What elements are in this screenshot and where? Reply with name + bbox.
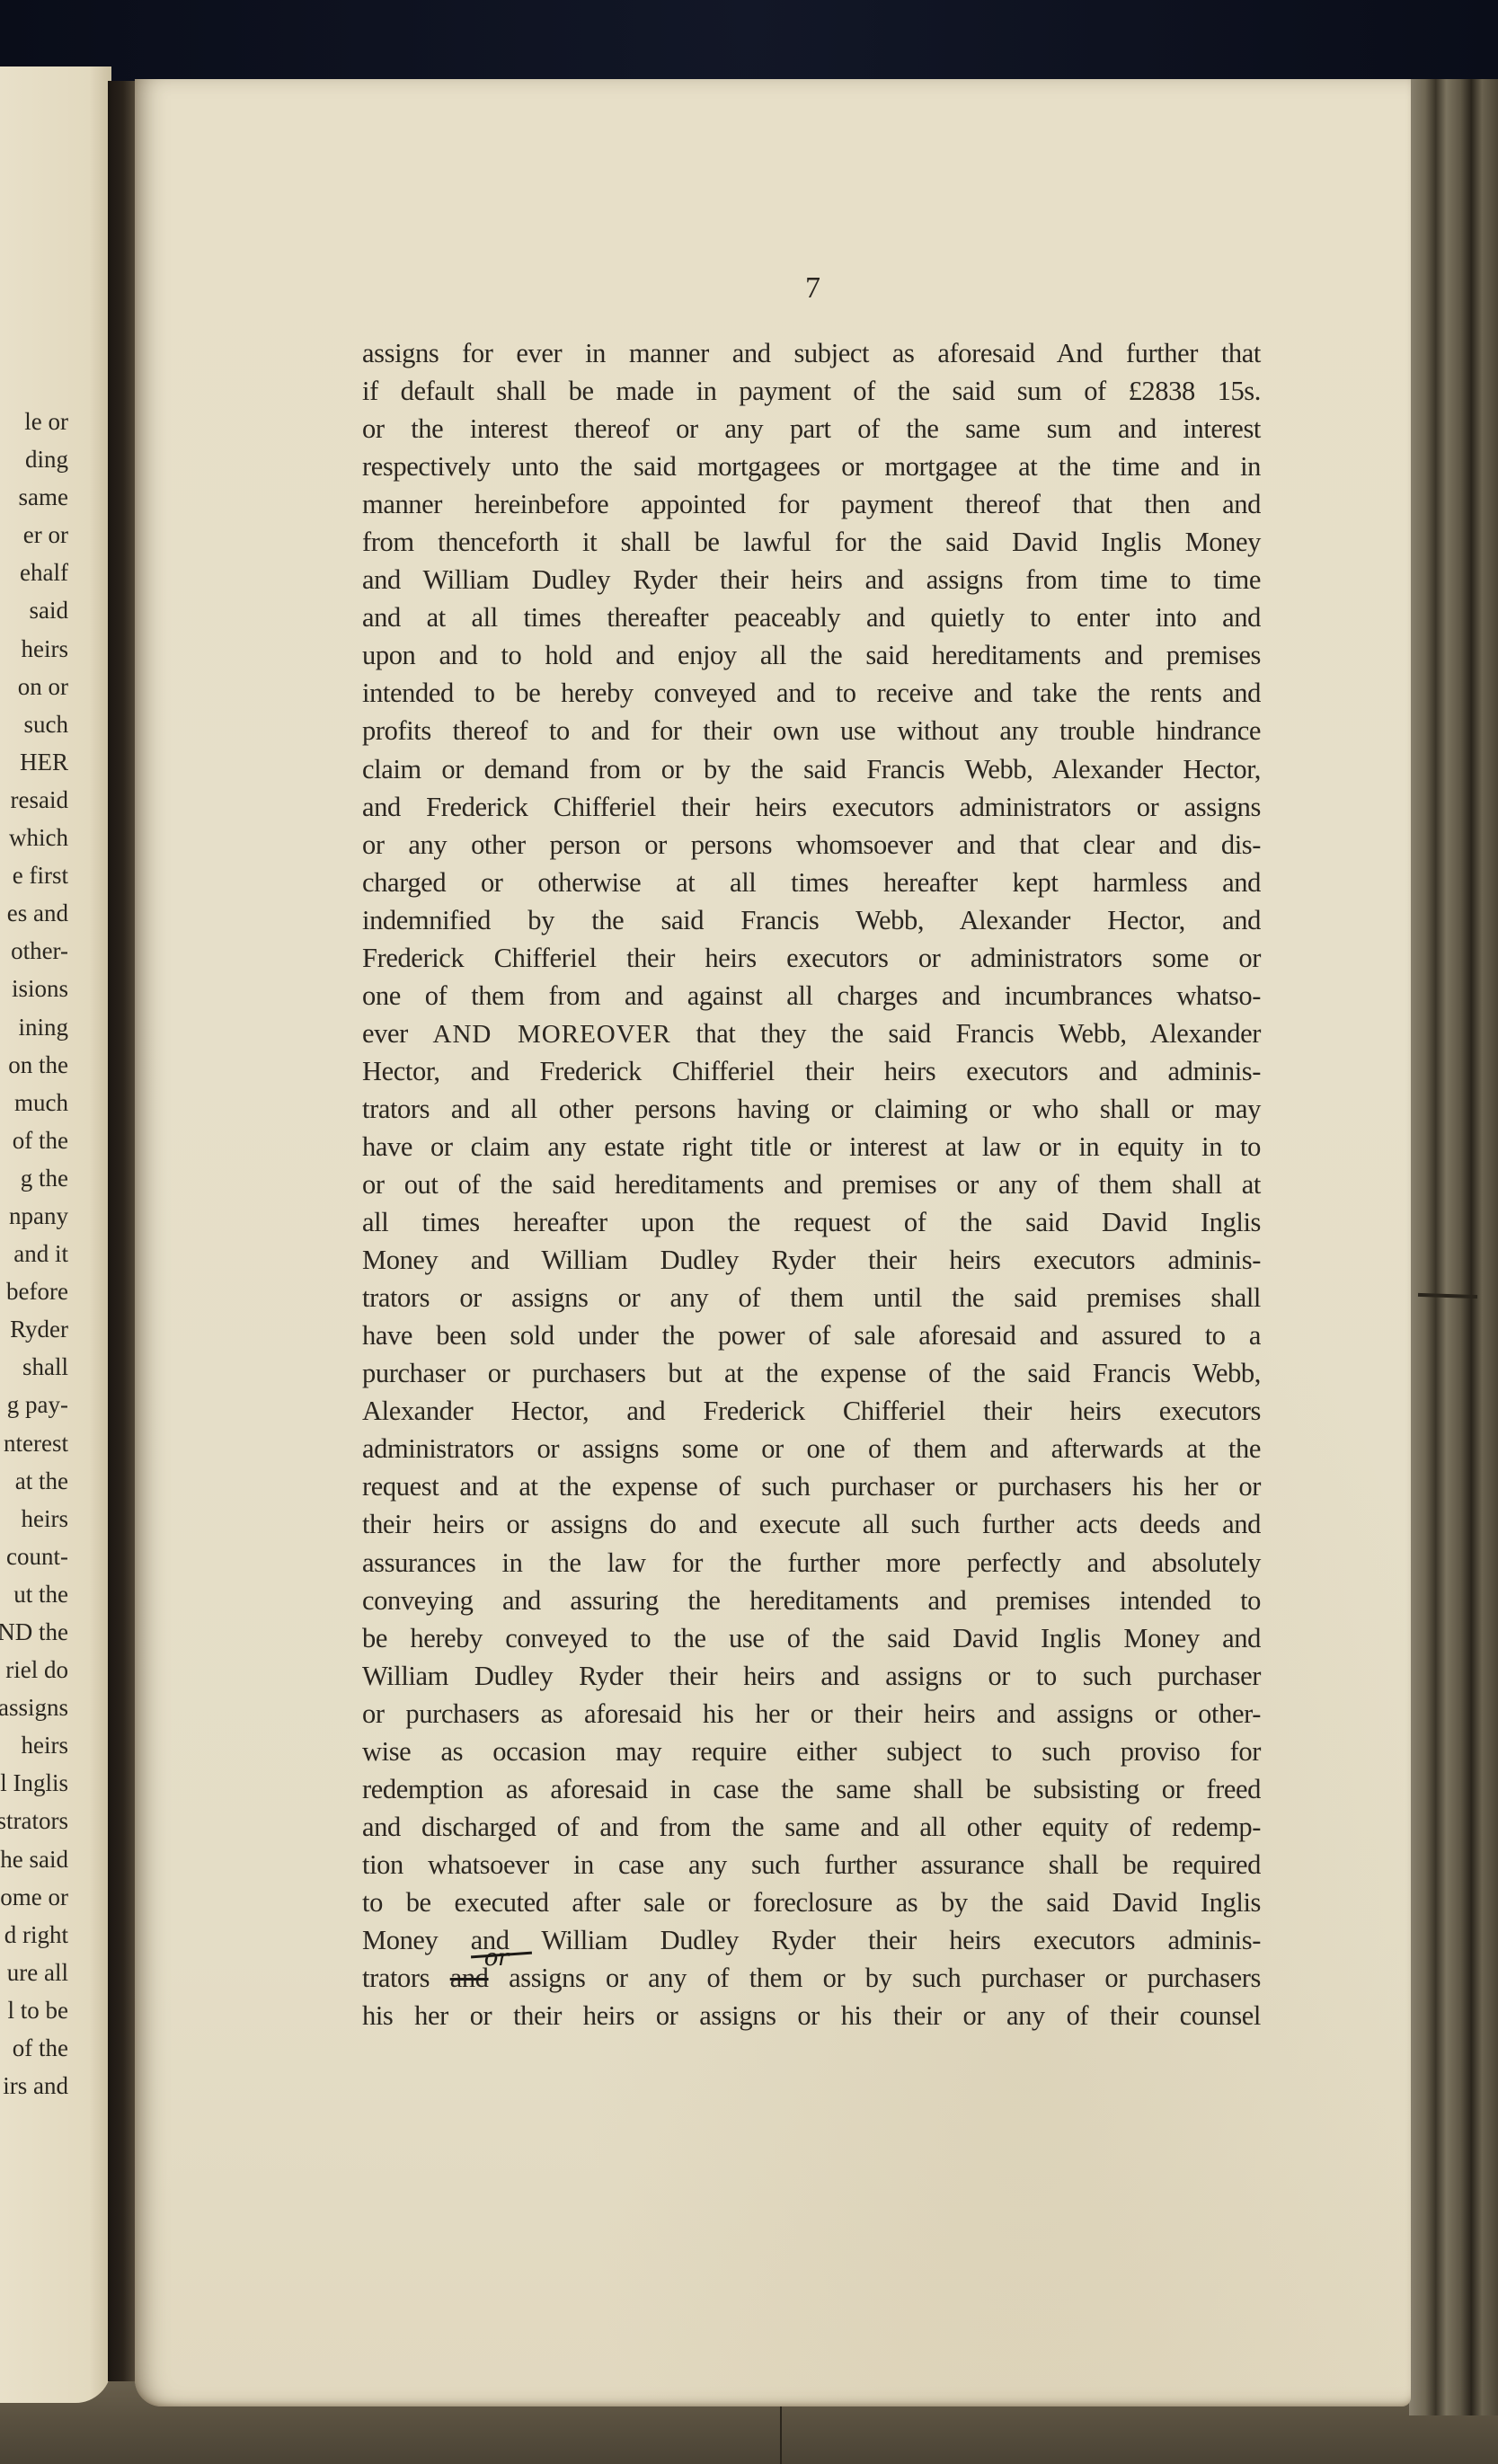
text-line: one of them from and against all charges… <box>362 977 1261 1015</box>
left-page-fragment: npany <box>0 1197 68 1235</box>
left-page-fragment: Ryder <box>0 1310 68 1348</box>
text-line: be hereby conveyed to the use of the sai… <box>362 1619 1261 1657</box>
left-page-fragment: count- <box>0 1538 68 1575</box>
left-page-fragment: riel do <box>0 1651 68 1688</box>
left-page-fragment: resaid <box>0 781 68 819</box>
left-page-fragment: much <box>0 1084 68 1121</box>
left-page-fragment: g pay- <box>0 1386 68 1423</box>
left-page-fragment: heirs <box>0 1500 68 1538</box>
text-line: tion whatsoever in case any such further… <box>362 1846 1261 1883</box>
text-line: profits thereof to and for their own use… <box>362 712 1261 749</box>
page-tear <box>1418 1293 1477 1298</box>
left-page-fragment: ome or <box>0 1878 68 1916</box>
text-line: or purchasers as aforesaid his her or th… <box>362 1695 1261 1733</box>
text-line: assurances in the law for the further mo… <box>362 1544 1261 1582</box>
text-line: manner hereinbefore appointed for paymen… <box>362 485 1261 523</box>
left-page-fragment: irs and <box>0 2067 68 2105</box>
left-page-fragment: HER <box>0 743 68 781</box>
page-number: 7 <box>805 271 820 306</box>
text-line: Frederick Chifferiel their heirs executo… <box>362 939 1261 977</box>
left-page-fragment: d right <box>0 1916 68 1954</box>
left-page-fragment: ure all <box>0 1954 68 1991</box>
text-line: intended to be hereby conveyed and to re… <box>362 674 1261 712</box>
left-page-fragment: le or <box>0 403 68 440</box>
struck-word: and <box>450 1963 489 1993</box>
handwritten-correction: andor <box>450 1959 489 1997</box>
text-line: have or claim any estate right title or … <box>362 1128 1261 1166</box>
left-page-fragment: which <box>0 819 68 856</box>
left-page-fragment: isions <box>0 970 68 1007</box>
text-segment: assigns or any of them or by such purcha… <box>489 1963 1261 1993</box>
left-page-fragment: assigns <box>0 1688 68 1726</box>
text-line: assigns for ever in manner and subject a… <box>362 334 1261 372</box>
text-line: and William Dudley Ryder their heirs and… <box>362 561 1261 598</box>
left-page-fragment: nterest <box>0 1424 68 1462</box>
text-line: and discharged of and from the same and … <box>362 1808 1261 1846</box>
text-segment: that they the said Francis Webb, Alexand… <box>671 1018 1261 1049</box>
handwritten-insertion: or <box>484 1939 509 1977</box>
left-page-fragment: on or <box>0 668 68 705</box>
left-page-fragment: before <box>0 1272 68 1310</box>
text-line: from thenceforth it shall be lawful for … <box>362 523 1261 561</box>
left-page-fragment: on the <box>0 1046 68 1084</box>
text-line: and at all times thereafter peaceably an… <box>362 598 1261 636</box>
text-line: his her or their heirs or assigns or his… <box>362 1997 1261 2034</box>
small-caps-heading: AND MOREOVER <box>433 1020 671 1049</box>
text-line: Money and William Dudley Ryder their hei… <box>362 1241 1261 1279</box>
left-page: le ordingsameer orehalfsaidheirson orsuc… <box>0 66 111 2403</box>
left-page-fragment: e first <box>0 856 68 894</box>
text-line: conveying and assuring the hereditaments… <box>362 1582 1261 1619</box>
left-page-fragment: strators <box>0 1802 68 1839</box>
left-page-fragment: heirs <box>0 1726 68 1764</box>
text-segment: trators <box>362 1963 450 1993</box>
left-page-fragment: said <box>0 591 68 629</box>
text-line: their heirs or assigns do and execute al… <box>362 1505 1261 1543</box>
text-line: Hector, and Frederick Chifferiel their h… <box>362 1052 1261 1090</box>
text-line: trators or assigns or any of them until … <box>362 1279 1261 1316</box>
document-body-text: assigns for ever in manner and subject a… <box>362 334 1261 2034</box>
text-line: wise as occasion may require either subj… <box>362 1733 1261 1770</box>
text-line: charged or otherwise at all times hereaf… <box>362 864 1261 901</box>
left-page-fragment: l to be <box>0 1991 68 2029</box>
text-line: trators and all other persons having or … <box>362 1090 1261 1128</box>
left-page-fragment: of the <box>0 1121 68 1159</box>
text-line: William Dudley Ryder their heirs and ass… <box>362 1657 1261 1695</box>
left-page-fragment: heirs <box>0 630 68 668</box>
left-page-fragment: ehalf <box>0 554 68 591</box>
text-line: redemption as aforesaid in case the same… <box>362 1770 1261 1808</box>
text-line: claim or demand from or by the said Fran… <box>362 750 1261 788</box>
text-line: all times hereafter upon the request of … <box>362 1203 1261 1241</box>
left-page-fragment: ding <box>0 440 68 478</box>
left-page-fragment: same <box>0 478 68 516</box>
text-segment: Money <box>362 1925 471 1955</box>
left-page-fragment: ND the <box>0 1613 68 1651</box>
text-line: or any other person or persons whomsoeve… <box>362 826 1261 864</box>
left-page-fragment: at the <box>0 1462 68 1500</box>
text-segment: ever <box>362 1018 433 1049</box>
text-line: request and at the expense of such purch… <box>362 1467 1261 1505</box>
text-segment: William Dudley Ryder their heirs executo… <box>510 1925 1261 1955</box>
text-line: ever AND MOREOVER that they the said Fra… <box>362 1015 1261 1052</box>
text-line: if default shall be made in payment of t… <box>362 372 1261 410</box>
left-page-fragment: l Inglis <box>0 1764 68 1802</box>
text-line: or out of the said hereditaments and pre… <box>362 1166 1261 1203</box>
text-line: administrators or assigns some or one of… <box>362 1430 1261 1467</box>
text-line: upon and to hold and enjoy all the said … <box>362 636 1261 674</box>
left-page-fragment: er or <box>0 516 68 554</box>
text-line: or the interest thereof or any part of t… <box>362 410 1261 448</box>
left-page-fragment: g the <box>0 1159 68 1197</box>
text-line: to be executed after sale or foreclosure… <box>362 1883 1261 1921</box>
left-page-text-fragments: le ordingsameer orehalfsaidheirson orsuc… <box>0 403 68 2105</box>
text-line: indemnified by the said Francis Webb, Al… <box>362 901 1261 939</box>
text-line: respectively unto the said mortgagees or… <box>362 448 1261 485</box>
left-page-fragment: es and <box>0 894 68 932</box>
left-page-fragment: he said <box>0 1840 68 1878</box>
text-line: trators andor assigns or any of them or … <box>362 1959 1261 1997</box>
text-line: and Frederick Chifferiel their heirs exe… <box>362 788 1261 826</box>
left-page-fragment: other- <box>0 932 68 970</box>
text-line: have been sold under the power of sale a… <box>362 1316 1261 1354</box>
text-line: Alexander Hector, and Frederick Chifferi… <box>362 1392 1261 1430</box>
left-page-fragment: of the <box>0 2029 68 2067</box>
left-page-fragment: ut the <box>0 1575 68 1613</box>
left-page-fragment: such <box>0 705 68 743</box>
left-page-fragment: and it <box>0 1235 68 1272</box>
frayed-page-edges <box>1409 79 1498 2415</box>
left-page-fragment: ining <box>0 1008 68 1046</box>
left-page-fragment: shall <box>0 1348 68 1386</box>
text-line: purchaser or purchasers but at the expen… <box>362 1354 1261 1392</box>
